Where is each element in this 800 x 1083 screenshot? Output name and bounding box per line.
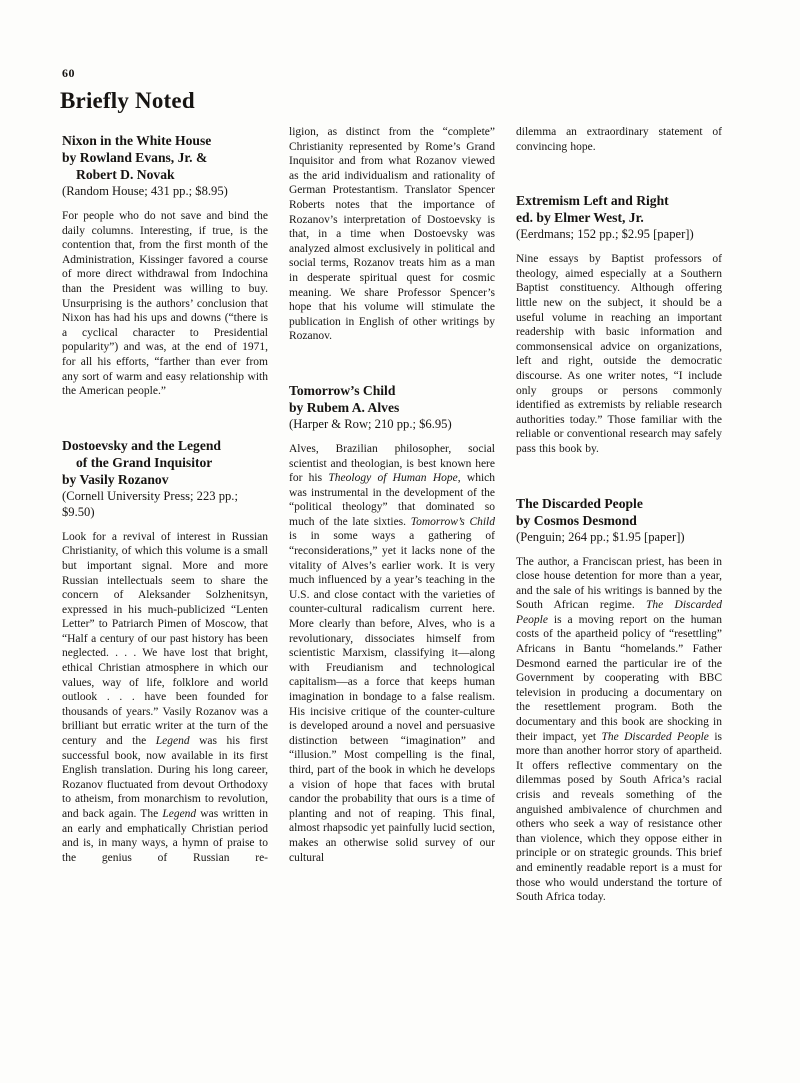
publisher-line: (Eerdmans; 152 pp.; $2.95 [paper]) [516,226,722,242]
book-title-line: ed. by Elmer West, Jr. [516,209,722,226]
italic-book-reference: Legend [156,735,190,747]
italic-book-reference: Legend [162,808,196,820]
column-2: ligion, as distinct from the “complete” … [289,125,495,865]
review-paragraph: dilemma an extraordinary statement of co… [516,125,722,154]
book-title-line: by Rowland Evans, Jr. & [62,149,268,166]
publisher-line: (Cornell University Press; 223 pp.; $9.5… [62,488,268,520]
book-title-line: by Cosmos Desmond [516,512,722,529]
paragraph-text: For people who do not save and bind the … [62,210,268,397]
book-title-line: The Discarded People [516,495,722,512]
review-paragraph: Look for a revival of interest in Russia… [62,530,268,866]
italic-book-reference: Theology of Human Hope [328,472,457,484]
publisher-line: (Random House; 431 pp.; $8.95) [62,183,268,199]
publisher-line: (Harper & Row; 210 pp.; $6.95) [289,416,495,432]
book-heading: Nixon in the White Houseby Rowland Evans… [62,132,268,199]
review-paragraph: Nine essays by Baptist professors of the… [516,252,722,456]
column-1: Nixon in the White Houseby Rowland Evans… [62,125,268,865]
italic-book-reference: The Discarded People [601,731,708,743]
book-title-line: Dostoevsky and the Legend [62,437,268,454]
paragraph-text: dilemma an extraordinary statement of co… [516,126,722,153]
book-title-line: of the Grand Inquisitor [62,454,268,471]
paragraph-text: is in some ways a gathering of “reconsid… [289,530,495,863]
publisher-line: (Penguin; 264 pp.; $1.95 [paper]) [516,529,722,545]
column-3: dilemma an extraordinary statement of co… [516,125,722,905]
book-title-line: by Vasily Rozanov [62,471,268,488]
book-heading: The Discarded Peopleby Cosmos Desmond(Pe… [516,495,722,545]
review-paragraph: Alves, Brazilian philosopher, social sci… [289,442,495,865]
book-heading: Tomorrow’s Childby Rubem A. Alves(Harper… [289,382,495,432]
review-paragraph: For people who do not save and bind the … [62,209,268,399]
review-paragraph: The author, a Franciscan priest, has bee… [516,555,722,905]
magazine-page: 60 Briefly Noted Nixon in the White Hous… [0,0,800,1083]
book-title-line: Robert D. Novak [62,166,268,183]
book-title-line: Nixon in the White House [62,132,268,149]
paragraph-text: ligion, as distinct from the “complete” … [289,126,495,342]
book-title-line: by Rubem A. Alves [289,399,495,416]
paragraph-text: is a moving report on the human costs of… [516,614,722,743]
book-heading: Extremism Left and Righted. by Elmer Wes… [516,192,722,242]
page-number: 60 [62,66,75,81]
paragraph-text: is more than another horror story of apa… [516,731,722,904]
paragraph-text: Look for a revival of interest in Russia… [62,531,268,747]
italic-book-reference: Tomorrow’s Child [411,516,495,528]
page-title: Briefly Noted [60,88,195,114]
book-title-line: Extremism Left and Right [516,192,722,209]
columns: Nixon in the White Houseby Rowland Evans… [62,125,724,905]
book-heading: Dostoevsky and the Legendof the Grand In… [62,437,268,520]
review-paragraph: ligion, as distinct from the “complete” … [289,125,495,344]
book-title-line: Tomorrow’s Child [289,382,495,399]
paragraph-text: Nine essays by Baptist professors of the… [516,253,722,455]
